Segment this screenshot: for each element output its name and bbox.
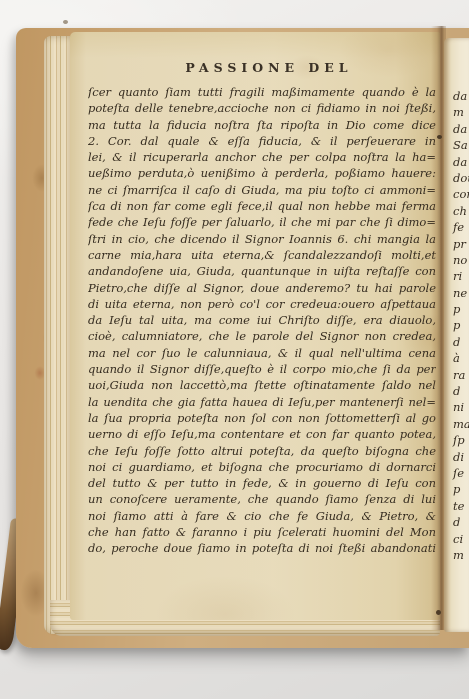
- page-text-block: ſcer quanto ſiam tutti fragili maßimamen…: [88, 84, 436, 557]
- facing-page-text-block: damdaSadadouconchfeprnorineppdàradnimaſp…: [453, 88, 469, 563]
- text-line: che Ieſu foſſe ſotto altrui poteſta, da …: [88, 443, 436, 459]
- text-line: Pietro,che diſſe al Signor, doue anderem…: [88, 280, 436, 296]
- text-line: noi ci guardiamo, et biſogna che procuri…: [88, 459, 436, 475]
- text-line: uoi,Giuda non laccettò,ma ſtette oſtinat…: [88, 377, 436, 393]
- facing-text-fragment: ch: [453, 203, 469, 219]
- text-line: ma nel cor ſuo le calunniaua, & il qual …: [88, 345, 436, 361]
- text-line: quando il Signor diſſe,queſto è il corpo…: [88, 361, 436, 377]
- text-line: cioè, calumniatore, che le parole del Si…: [88, 328, 436, 344]
- facing-text-fragment: dou: [453, 170, 469, 186]
- text-line: do, peroche doue ſiamo in poteſta di noi…: [88, 540, 436, 556]
- facing-text-fragment: ri: [453, 268, 469, 284]
- text-line: carne mia,hara uita eterna,& ſcandalezza…: [88, 247, 436, 263]
- facing-text-fragment: ne: [453, 285, 469, 301]
- facing-text-fragment: da: [453, 121, 469, 137]
- text-line: ſcer quanto ſiam tutti fragili maßimamen…: [88, 84, 436, 100]
- text-line: ne ci ſmarriſca il caſo di Giuda, ma piu…: [88, 182, 436, 198]
- text-line: ueßimo perduta,ò uenißimo à perderla, po…: [88, 165, 436, 181]
- facing-text-fragment: d: [453, 383, 469, 399]
- facing-text-fragment: te: [453, 498, 469, 514]
- page-edges-left: [44, 36, 72, 634]
- text-line: del tutto & per tutto in fede, & in goue…: [88, 475, 436, 491]
- facing-text-fragment: d: [453, 514, 469, 530]
- facing-text-fragment: ra: [453, 367, 469, 383]
- text-line: noi ſiamo atti à fare & cio che fe Giuda…: [88, 508, 436, 524]
- text-line: andandoſene uia, Giuda, quantunque in ui…: [88, 263, 436, 279]
- facing-text-fragment: pr: [453, 236, 469, 252]
- text-line: uerno di eſſo Ieſu,ma contentare et con …: [88, 426, 436, 442]
- facing-text-fragment: m: [453, 104, 469, 120]
- facing-text-fragment: ſe: [453, 465, 469, 481]
- text-line: ma tutta la fiducia noſtra ſta ripoſta i…: [88, 117, 436, 133]
- facing-text-fragment: con: [453, 186, 469, 202]
- facing-text-fragment: p: [453, 481, 469, 497]
- facing-text-fragment: ni: [453, 399, 469, 415]
- facing-text-fragment: da: [453, 154, 469, 170]
- facing-text-fragment: fe: [453, 219, 469, 235]
- text-line: poteſta delle tenebre,accioche non ci fi…: [88, 100, 436, 116]
- facing-text-fragment: ſp: [453, 432, 469, 448]
- text-line: ſca di non far come egli fece,il qual no…: [88, 198, 436, 214]
- page-edge-speck: [436, 610, 441, 615]
- facing-text-fragment: no: [453, 252, 469, 268]
- facing-page-sliver: damdaSadadouconchfeprnorineppdàradnimaſp…: [444, 38, 469, 632]
- facing-text-fragment: p: [453, 301, 469, 317]
- facing-text-fragment: p: [453, 317, 469, 333]
- text-line: lei, & il ricuperarla anchor che per col…: [88, 149, 436, 165]
- text-line: che han fatto & faranno i piu ſcelerati …: [88, 524, 436, 540]
- facing-text-fragment: ma: [453, 416, 469, 432]
- facing-text-fragment: m: [453, 547, 469, 563]
- facing-text-fragment: Sa: [453, 137, 469, 153]
- text-line: la ſua propria poteſta non ſol con non ſ…: [88, 410, 436, 426]
- text-line: fede che Ieſu foſſe per ſaluarlo, il che…: [88, 214, 436, 230]
- facing-text-fragment: ci: [453, 531, 469, 547]
- facing-text-fragment: à: [453, 350, 469, 366]
- photo-background: PASSIONE DEL ſcer quanto ſiam tutti frag…: [0, 0, 469, 699]
- text-line: da Ieſu tal uita, ma come iui Chriſto di…: [88, 312, 436, 328]
- gutter-ink-speck: [437, 135, 442, 139]
- facing-text-fragment: di: [453, 449, 469, 465]
- text-line: ſtri in cio, che dicendo il Signor Ioann…: [88, 231, 436, 247]
- running-header: PASSIONE DEL: [84, 60, 454, 75]
- book-page: PASSIONE DEL ſcer quanto ſiam tutti frag…: [70, 32, 440, 620]
- text-line: la uendita che gia fatta hauea di Ieſu,p…: [88, 394, 436, 410]
- text-line: 2. Cor. dal quale & eſſa fiducia, & il p…: [88, 133, 436, 149]
- text-line: un conoſcere ueramente, che quando ſiamo…: [88, 491, 436, 507]
- text-line: di uita eterna, non però co'l cor credeu…: [88, 296, 436, 312]
- facing-text-fragment: d: [453, 334, 469, 350]
- background-speck: [63, 20, 68, 24]
- facing-text-fragment: da: [453, 88, 469, 104]
